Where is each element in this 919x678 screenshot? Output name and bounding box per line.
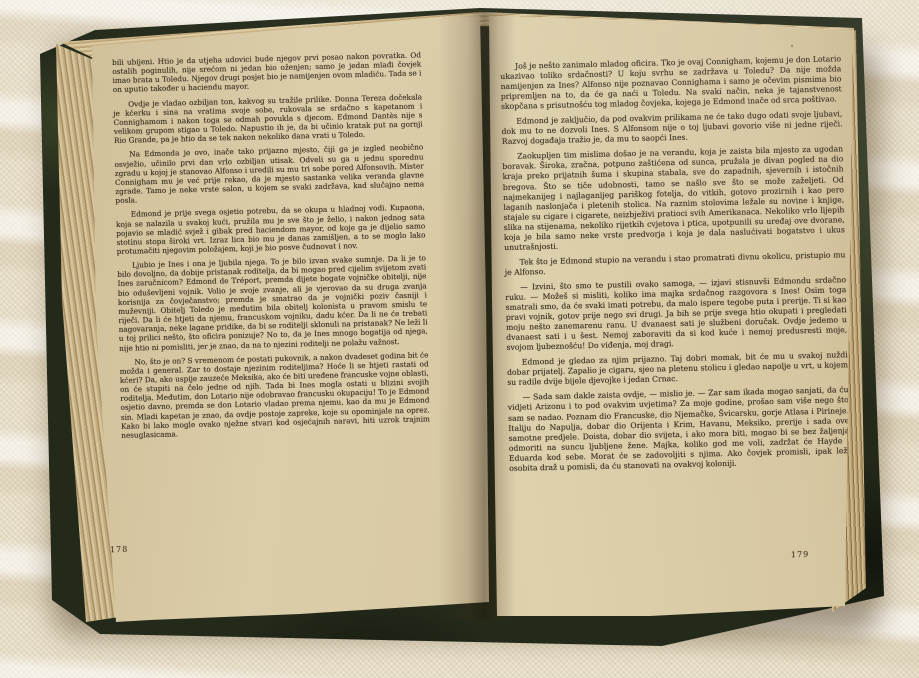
paragraph: Edmond je prije svega osjetio potrebu, d…	[116, 203, 426, 256]
paragraph: Ovdje je vladao ozbiljan ton, kakvog su …	[113, 92, 423, 145]
paragraph: Edmond je gledao za njim prijazno. Taj d…	[507, 350, 849, 388]
paragraph: — Sada sam dakle zaista ovdje, — mislio …	[508, 386, 851, 474]
paragraph: Ljubio je Ines i ona je ljubila njega. T…	[117, 254, 428, 353]
right-page-number: 179	[791, 550, 809, 559]
paragraph: — Izvini, što smo te pustili ovako samog…	[505, 275, 848, 353]
paragraph: Još je nešto zanimalo mladog oficira. Tk…	[500, 54, 842, 112]
paragraph: Tek što je Edmond stupio na verandu i st…	[504, 250, 845, 278]
left-page-number: 178	[110, 545, 128, 554]
paragraph: bili ubijeni. Htio je da utjeha udovici …	[112, 50, 422, 94]
left-page-text: bili ubijeni. Htio je da utjeha udovici …	[112, 50, 430, 445]
right-page-text: Još je nešto zanimalo mladog oficira. Tk…	[500, 54, 850, 478]
paragraph: No, što je on? S vremenom će postati puk…	[119, 350, 430, 440]
paragraph: Edmond je zaključio, da pod ovakvim pril…	[501, 109, 843, 147]
photo-scene: bili ubijeni. Htio je da utjeha udovici …	[0, 0, 919, 678]
paragraph: Na Edmonda je ovo, inače tako prijazno m…	[114, 143, 424, 205]
paragraph: Zaokupljen tim mislima došao je na veran…	[502, 145, 845, 253]
